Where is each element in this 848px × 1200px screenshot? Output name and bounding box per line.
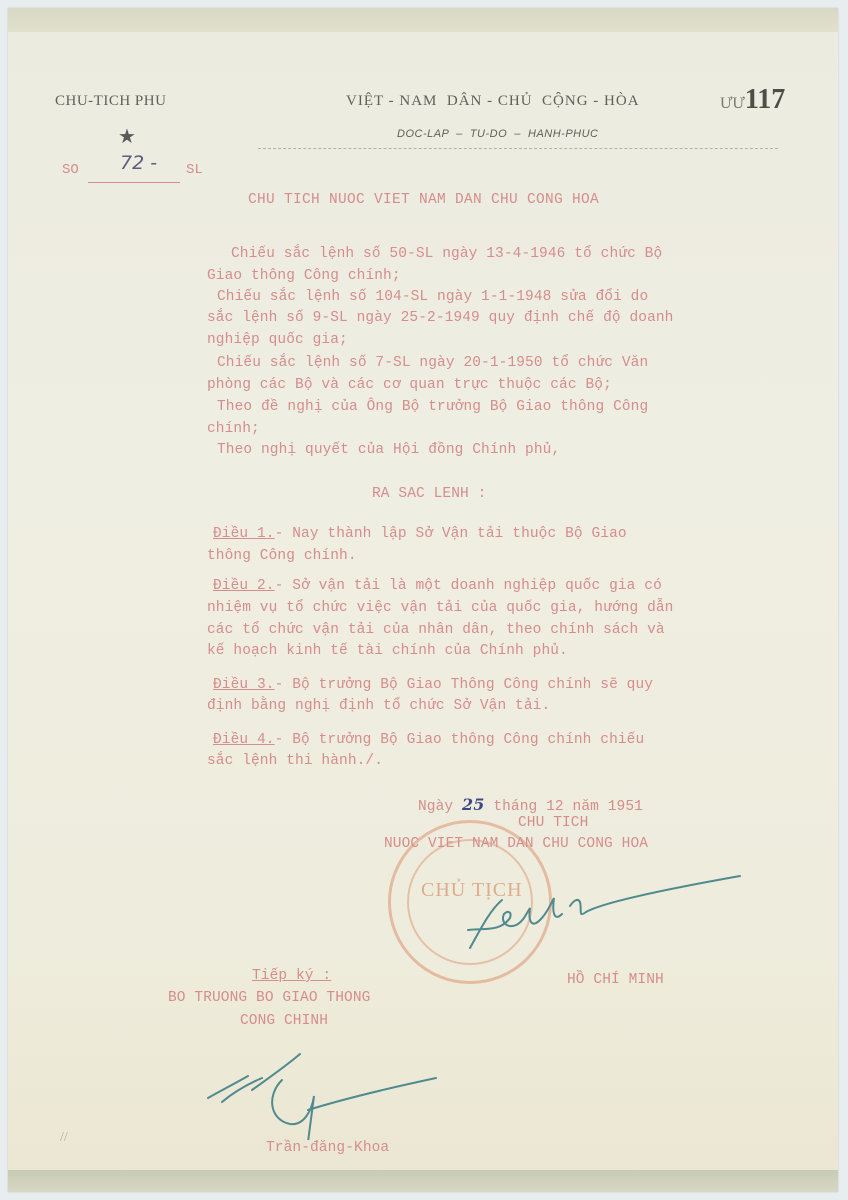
minister-signature bbox=[200, 1040, 460, 1140]
document-number: ƯƯ117 bbox=[720, 84, 785, 116]
country-name: VIỆT - NAM DÂN - CHỦ CỘNG - HÒA bbox=[346, 93, 640, 110]
decree-number-underline bbox=[88, 182, 180, 183]
article-line: kế hoạch kinh tế tài chính của Chính phủ… bbox=[207, 643, 568, 659]
issuing-office: CHU-TICH PHU bbox=[55, 93, 166, 110]
article-2: Điều 2.- Sở vận tải là một doanh nghiệp … bbox=[213, 578, 662, 594]
decree-number-value: 72 - bbox=[120, 152, 157, 174]
article-label: Điều 1. bbox=[213, 526, 275, 542]
handwritten-day: 25 bbox=[462, 795, 484, 814]
article-label: Điều 3. bbox=[213, 677, 275, 693]
margin-pencil-mark: // bbox=[60, 1130, 68, 1146]
article-label: Điều 2. bbox=[213, 578, 275, 594]
preamble-line: Chiếu sắc lệnh số 50-SL ngày 13-4-1946 t… bbox=[231, 246, 662, 262]
decree-number-label: SO bbox=[62, 162, 79, 178]
decree-number-suffix: SL bbox=[186, 162, 203, 178]
preamble-line: Chiếu sắc lệnh số 104-SL ngày 1-1-1948 s… bbox=[217, 289, 648, 305]
preamble-line: Chiếu sắc lệnh số 7-SL ngày 20-1-1950 tổ… bbox=[217, 355, 648, 371]
preamble-line: phòng các Bộ và các cơ quan trực thuộc c… bbox=[207, 377, 612, 393]
signatory-role: CHU TICH bbox=[518, 815, 588, 831]
article-3: Điều 3.- Bộ trưởng Bộ Giao Thông Công ch… bbox=[213, 677, 653, 693]
preamble-line: Theo nghị quyết của Hội đồng Chính phủ, bbox=[217, 442, 560, 458]
preamble-line: Giao thông Công chính; bbox=[207, 268, 401, 284]
countersign-role: BO TRUONG BO GIAO THONG bbox=[168, 990, 370, 1006]
header-divider bbox=[258, 148, 778, 149]
signatory-org: NUOC VIET NAM DAN CHU CONG HOA bbox=[384, 836, 648, 852]
signatory-name: HỒ CHÍ MINH bbox=[567, 972, 664, 988]
decree-heading: RA SAC LENH : bbox=[372, 486, 486, 502]
article-4: Điều 4.- Bộ trưởng Bộ Giao thông Công ch… bbox=[213, 732, 644, 748]
star-icon: ★ bbox=[118, 124, 136, 148]
preamble-line: chính; bbox=[207, 421, 260, 437]
document-number-value: 117 bbox=[745, 84, 785, 115]
president-signature bbox=[450, 870, 750, 960]
article-line: các tổ chức vận tải của nhân dân, theo c… bbox=[207, 622, 665, 638]
countersign-name: Trần-đăng-Khoa bbox=[266, 1140, 389, 1156]
countersign-role-2: CONG CHINH bbox=[240, 1013, 328, 1029]
countersign-label: Tiếp ký : bbox=[252, 968, 331, 984]
signing-date: Ngày 25 tháng 12 năm 1951 bbox=[418, 795, 643, 815]
article-label: Điều 4. bbox=[213, 732, 275, 748]
national-motto: DOC-LAP – TU-DO – HANH-PHUC bbox=[397, 128, 599, 140]
preamble-line: nghiệp quốc gia; bbox=[207, 332, 348, 348]
preamble-line: Theo đề nghị của Ông Bộ trưởng Bộ Giao t… bbox=[217, 399, 648, 415]
page-bottom-edge bbox=[8, 1170, 838, 1192]
article-line: định bằng nghị định tổ chức Sở Vận tải. bbox=[207, 698, 550, 714]
document-number-prefix: ƯƯ bbox=[720, 95, 745, 112]
preamble-line: sắc lệnh số 9-SL ngày 25-2-1949 quy định… bbox=[207, 310, 673, 326]
article-line: nhiệm vụ tổ chức việc vận tải của quốc g… bbox=[207, 600, 673, 616]
article-1: Điều 1.- Nay thành lập Sở Vận tải thuộc … bbox=[213, 526, 627, 542]
document-title: CHU TICH NUOC VIET NAM DAN CHU CONG HOA bbox=[248, 192, 599, 208]
page-top-edge bbox=[8, 8, 838, 32]
article-line: thông Công chính. bbox=[207, 548, 357, 564]
article-line: sắc lệnh thi hành./. bbox=[207, 753, 383, 769]
